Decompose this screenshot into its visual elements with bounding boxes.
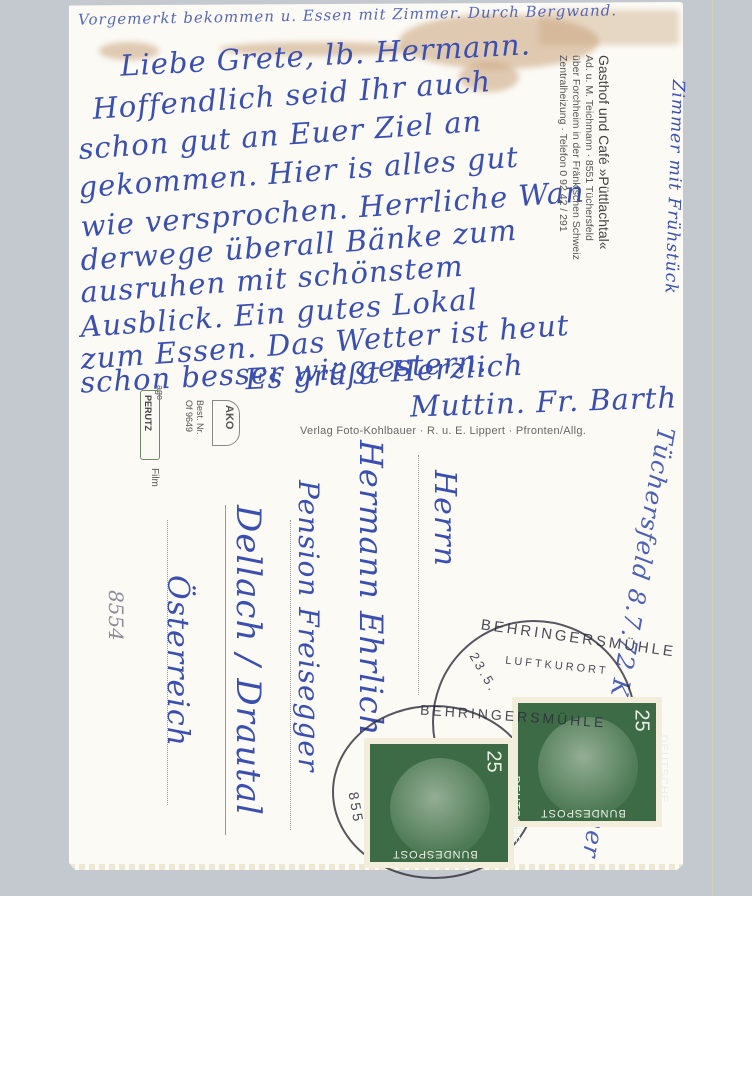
portrait (538, 717, 638, 817)
printed-header-line: Ad. u. M. Teichmann · 8551 Tüchersfeld (582, 55, 595, 375)
address-line (418, 455, 419, 695)
address-country: Österreich (160, 575, 195, 747)
stamp-value: 25 (629, 709, 652, 731)
perutz-label: PERUTZ (143, 395, 153, 431)
address-line (290, 520, 291, 830)
stamp-issuer: BUNDESPOST (392, 848, 478, 860)
address-city: Dellach / Drautal (228, 505, 268, 816)
stamp-value: 25 (481, 750, 504, 772)
perutz-logo: PERUTZ (140, 390, 160, 460)
address-line2: Pension Freisegger (292, 480, 325, 772)
address-line (225, 505, 226, 835)
portrait (390, 758, 490, 858)
stamp-country: DEUTSCHE (510, 776, 522, 845)
printed-header-line: Zentralheizung · Telefon 0 92 42 / 291 (556, 55, 569, 375)
printed-header-line: über Forchheim in der Fränkischen Schwei… (569, 55, 582, 375)
scan-edge-line (712, 0, 713, 896)
printed-header: Gasthof und Café »Püttlachtal« Ad. u. M.… (542, 55, 612, 375)
stamp-country: DEUTSCHE (658, 735, 670, 804)
ako-logo-icon: AKO (212, 400, 240, 446)
pencil-note: 8554 (104, 590, 128, 641)
printed-header-title: Gasthof und Café »Püttlachtal« (595, 55, 612, 375)
postage-stamp: 25 DEUTSCHE BUNDESPOST (364, 738, 514, 868)
address-name: Hermann Ehrlich (352, 440, 390, 736)
film-label: Film (149, 468, 160, 487)
order-number: Best. Nr.Of 9649 (183, 400, 205, 435)
stamp-issuer: BUNDESPOST (540, 807, 626, 819)
address-salutation: Herrn (427, 470, 462, 567)
publisher-text: Verlag Foto-Kohlbauer · R. u. E. Lippert… (300, 425, 586, 437)
